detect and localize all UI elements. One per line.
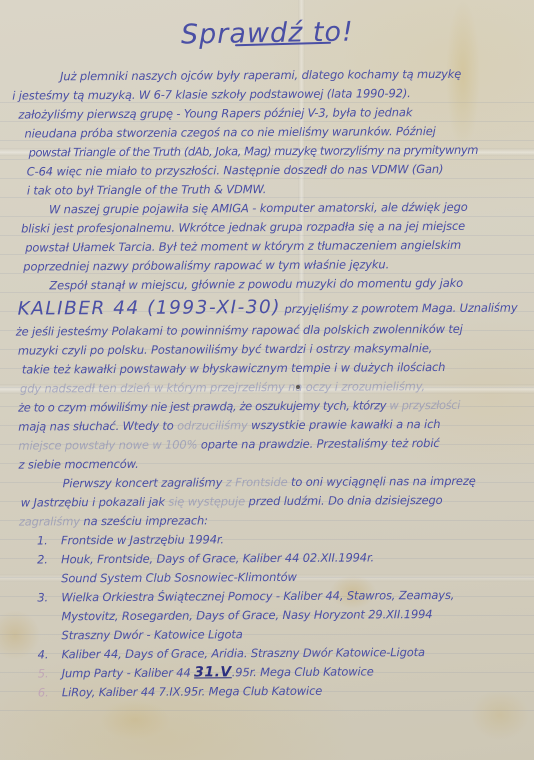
- list-item-text: Kaliber 44, Days of Grace, Aridia. Stras…: [62, 643, 425, 664]
- text-segment-faded: zagraliśmy: [19, 514, 80, 528]
- list-item-number: 2.: [37, 550, 61, 569]
- text-segment: mają nas słuchać. Wtedy to: [18, 419, 177, 434]
- text-segment-faded: w przyszłości: [389, 398, 460, 412]
- list-item-number: 3.: [37, 588, 61, 607]
- list-item-text: Wielka Orkiestra Świątecznej Pomocy - Ka…: [61, 586, 454, 607]
- list-item-text: Frontside w Jastrzębiu 1994r.: [61, 530, 224, 550]
- text-line: że jeśli jesteśmy Polakami to powinniśmy…: [16, 320, 514, 342]
- text-segment: to oni wyciągnęli nas na imprezę: [287, 474, 475, 489]
- text-segment: Pierwszy koncert zagraliśmy: [63, 475, 226, 490]
- list-item-text: Jump Party - Kaliber 44 31.V.95r. Mega C…: [62, 662, 374, 683]
- list-item-number: 6.: [38, 683, 62, 702]
- text-line: powstał Ułamek Tarcia. Był też moment w …: [25, 236, 513, 258]
- handwritten-letter-page: Sprawdź to! Już plemniki naszych ojców b…: [0, 0, 534, 760]
- paper-stain: [100, 700, 170, 740]
- text-line: C-64 więc nie miało to przyszłości. Nast…: [27, 160, 513, 182]
- text-segment: że to o czym mówiliśmy nie jest prawdą, …: [18, 398, 389, 414]
- list-item-number: 1.: [37, 531, 61, 550]
- concert-list: 1. Frontside w Jastrzębiu 1994r. 2. Houk…: [37, 529, 516, 703]
- list-item-number: 4.: [38, 645, 62, 664]
- text-segment: wszystkie prawie kawałki a na ich: [248, 417, 441, 432]
- list-item-text: LiRoy, Kaliber 44 7.IX.95r. Mega Club Ka…: [62, 682, 322, 703]
- list-item: 6. LiRoy, Kaliber 44 7.IX.95r. Mega Club…: [38, 681, 516, 703]
- text-segment-faded: odrzuciliśmy: [177, 418, 248, 432]
- overwritten-date: 31.V: [194, 664, 232, 680]
- text-segment: .95r. Mega Club Katowice: [232, 664, 374, 679]
- list-item: 3. Wielka Orkiestra Świątecznej Pomocy -…: [37, 586, 515, 608]
- list-item-number: 5.: [38, 664, 62, 683]
- text-line: Już plemniki naszych ojców były raperami…: [34, 65, 512, 87]
- text-line: takie też kawałki powstawały w błyskawic…: [22, 358, 514, 380]
- text-segment: w Jastrzębiu i pokazali jak: [21, 495, 169, 510]
- paper-stain: [0, 610, 40, 660]
- text-segment: przed ludźmi. Do dnia dzisiejszego: [245, 493, 443, 508]
- text-segment-faded: się występuje: [168, 494, 245, 508]
- text-segment: na sześciu imprezach:: [80, 513, 208, 528]
- text-line-kaliber: KALIBER 44 (1993-XI-30) przyjęliśmy z po…: [17, 293, 513, 323]
- band-name-kaliber44: KALIBER 44 (1993-XI-30): [17, 297, 281, 320]
- list-item-text: Houk, Frontside, Days of Grace, Kaliber …: [61, 548, 374, 569]
- title-block: Sprawdź to!: [0, 18, 534, 49]
- text-segment: oparte na prawdzie. Przestaliśmy też rob…: [201, 436, 440, 451]
- text-segment-faded: z Frontside: [226, 475, 288, 489]
- text-segment: przyjęliśmy z powrotem Maga. Uznaliśmy: [281, 301, 518, 316]
- letter-body: Już plemniki naszych ojców były raperami…: [34, 65, 516, 703]
- text-line: mają nas słuchać. Wtedy to odrzuciliśmy …: [18, 415, 514, 437]
- text-line: w Jastrzębiu i pokazali jak się występuj…: [21, 491, 515, 513]
- text-segment: Jump Party - Kaliber 44: [62, 665, 194, 680]
- text-line: Pierwszy koncert zagraliśmy z Frontside …: [37, 472, 515, 494]
- text-segment-faded: miejsce powstały nowe w 100%: [18, 437, 201, 452]
